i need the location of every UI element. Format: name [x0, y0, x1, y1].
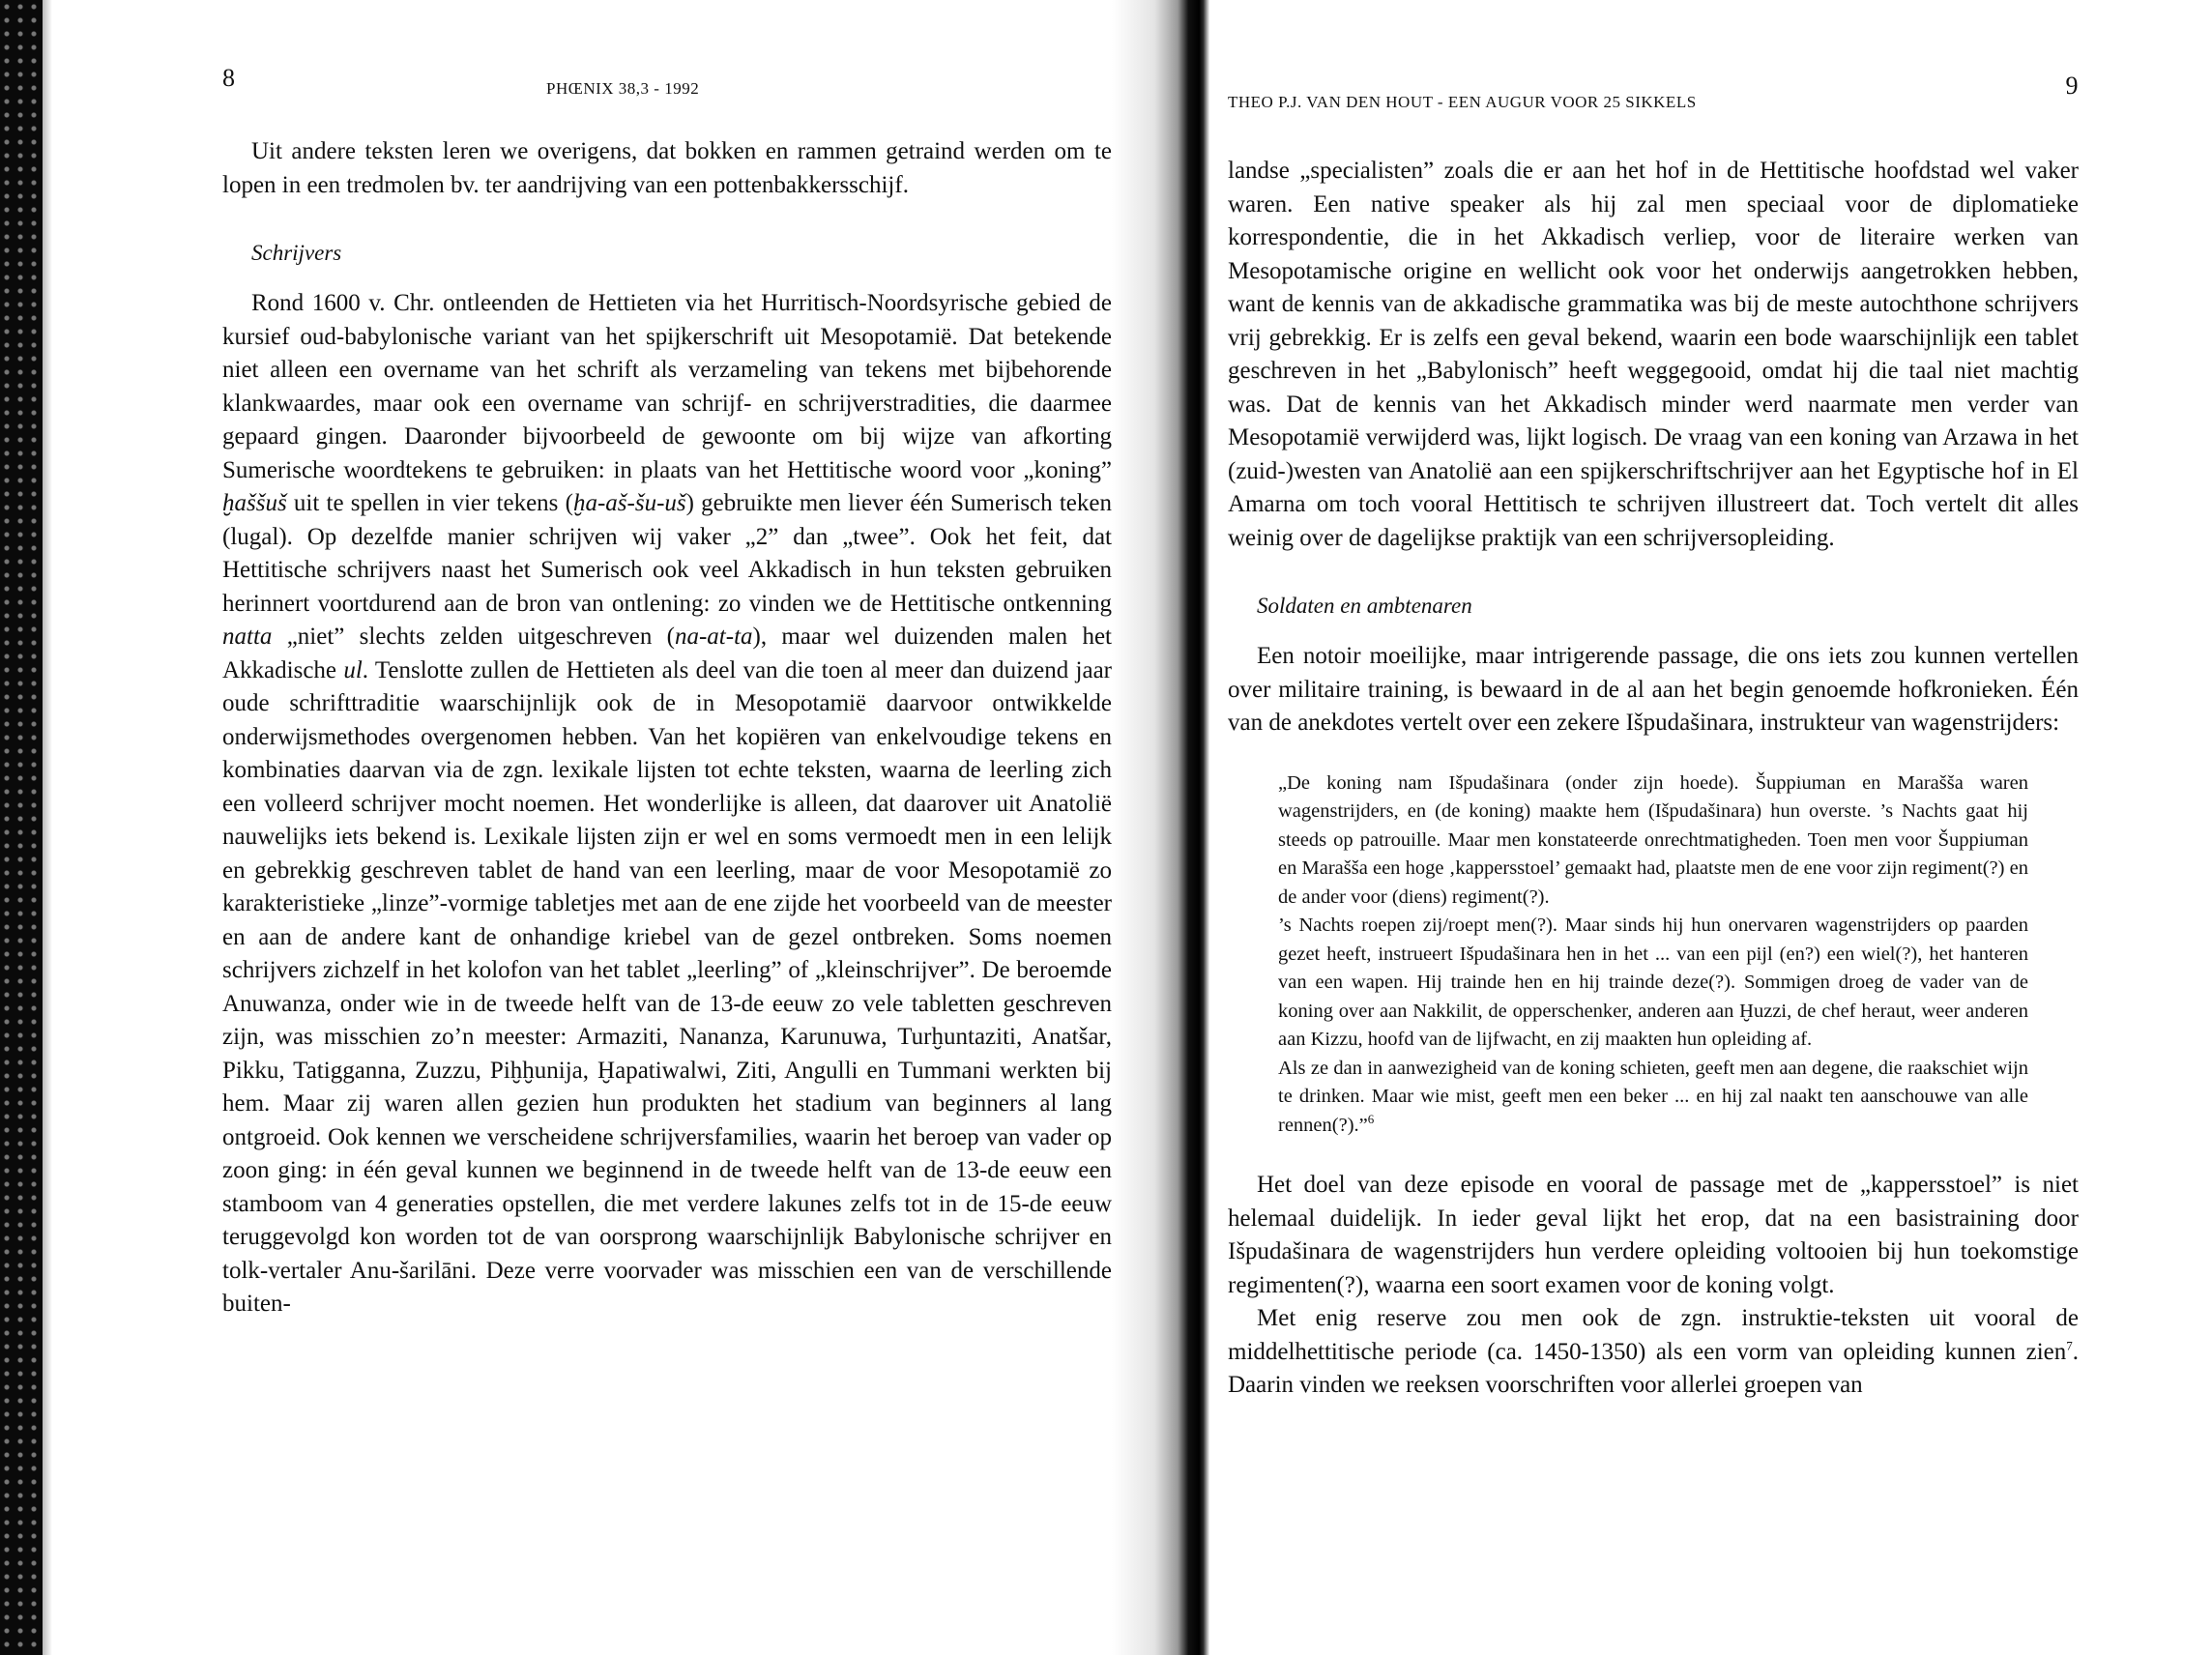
- paragraph: Het doel van deze episode en vooral de p…: [1228, 1169, 2079, 1302]
- hittite-term: ḫaššuš: [222, 490, 287, 516]
- akkadian-term: ul: [343, 657, 362, 683]
- hittite-term: na-at-ta: [675, 624, 753, 650]
- book-edge-shadow: [0, 0, 43, 1655]
- section-heading-schrijvers: Schrijvers: [222, 241, 1112, 266]
- section-heading-soldaten: Soldaten en ambtenaren: [1228, 594, 2079, 619]
- paragraph: Een notoir moeilijke, maar intrigerende …: [1228, 640, 2079, 740]
- page-number: 9: [2066, 72, 2080, 101]
- paragraph: landse „specialisten” zoals die er aan h…: [1228, 155, 2079, 555]
- page-number: 8: [222, 64, 236, 93]
- right-page: THEO P.J. VAN DEN HOUT - EEN AUGUR VOOR …: [1228, 0, 2079, 1655]
- left-body: Uit andere teksten leren we overigens, d…: [222, 135, 1112, 1321]
- block-quote: „De koning nam Išpudašinara (onder zijn …: [1228, 769, 2079, 1141]
- paragraph: Met enig reserve zou men ook de zgn. ins…: [1228, 1302, 2079, 1403]
- article-title: THEO P.J. VAN DEN HOUT - EEN AUGUR VOOR …: [1228, 93, 1697, 112]
- left-page: 8 PHŒNIX 38,3 - 1992 Uit andere teksten …: [222, 0, 1112, 1655]
- hittite-term: natta: [222, 624, 272, 650]
- paragraph: Uit andere teksten leren we overigens, d…: [222, 135, 1112, 202]
- hittite-term: ḫa-aš-šu-uš: [573, 490, 686, 516]
- quote-paragraph: ’s Nachts roepen zij/roept men(?). Maar …: [1278, 912, 2028, 1055]
- book-gutter: [1112, 0, 1218, 1655]
- quote-paragraph: „De koning nam Išpudašinara (onder zijn …: [1278, 769, 2028, 913]
- footnote-marker: 6: [1368, 1112, 1375, 1126]
- paragraph: Rond 1600 v. Chr. ontleenden de Hettiete…: [222, 287, 1112, 1321]
- running-head-left: 8 PHŒNIX 38,3 - 1992: [222, 68, 1112, 106]
- quote-paragraph: Als ze dan in aanwezigheid van de koning…: [1278, 1055, 2028, 1141]
- right-body: landse „specialisten” zoals die er aan h…: [1228, 155, 2079, 1403]
- running-head-right: THEO P.J. VAN DEN HOUT - EEN AUGUR VOOR …: [1228, 68, 2079, 106]
- journal-title: PHŒNIX 38,3 - 1992: [546, 79, 699, 99]
